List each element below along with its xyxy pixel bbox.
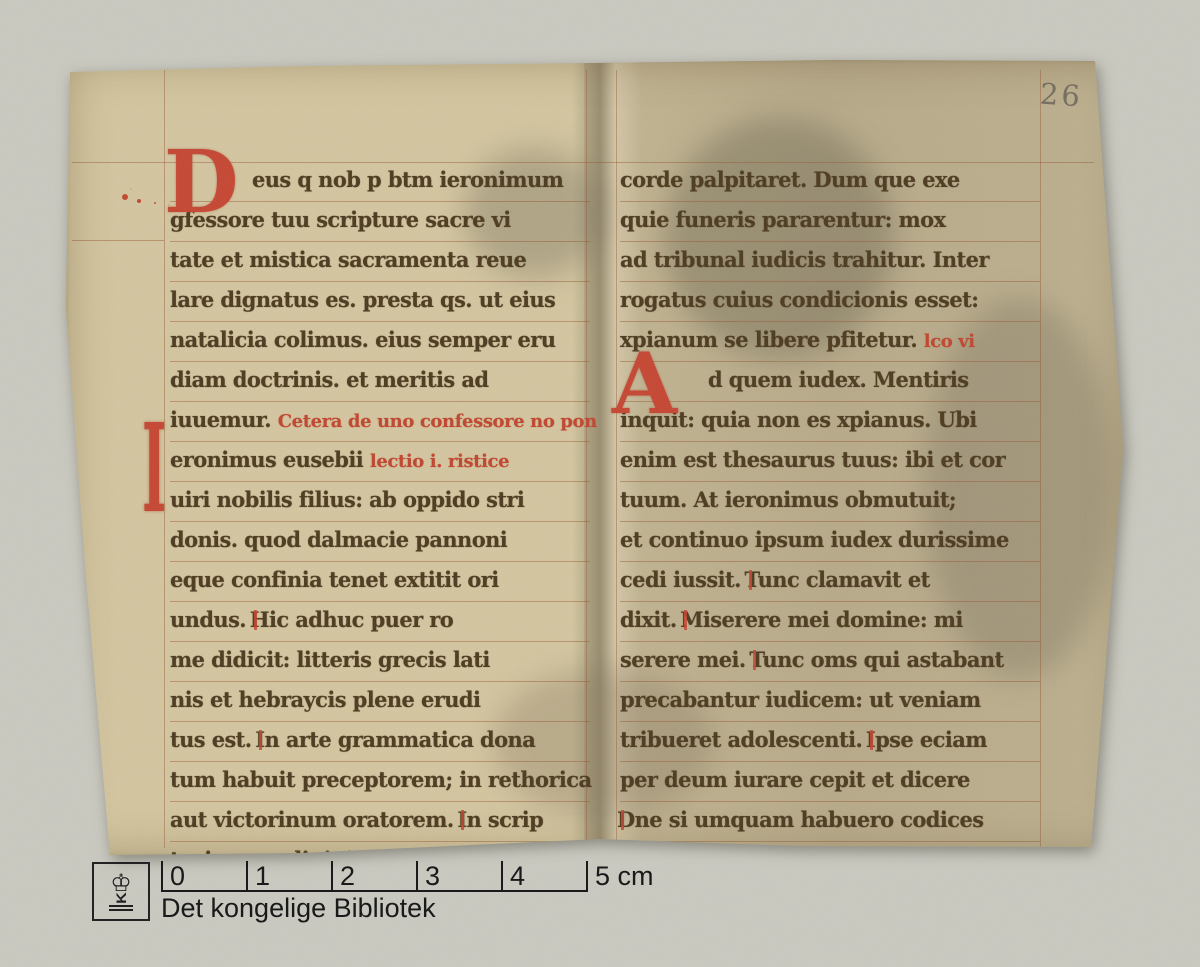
ink-splatter [122, 194, 128, 200]
folio-number: 26 [1039, 77, 1084, 114]
body-text: eronimus eusebii [170, 447, 370, 472]
rubric-initial-d: D [164, 140, 239, 226]
text-line: undus. Hic adhuc puer ro [170, 602, 590, 642]
k-letter: K [116, 892, 126, 904]
text-line: quie funeris pararentur: mox [620, 202, 1040, 242]
text-line: et continuo ipsum iudex durissime [620, 522, 1040, 562]
text-column-right: corde palpitaret. Dum que exequie funeri… [620, 162, 1040, 882]
text-line: dixit. Miserere mei domine: mi [620, 602, 1040, 642]
body-text: In scrip [457, 807, 543, 832]
ruler-tick [416, 861, 418, 892]
text-line: tate et mistica sacramenta reue [170, 242, 590, 282]
text-line: cedi iussit. Tunc clamavit et [620, 562, 1040, 602]
rubric-text: Cetera de uno confessore no pon [278, 411, 597, 432]
body-text: undus. [170, 607, 253, 632]
ruler-label: 0 [170, 861, 185, 892]
body-text: tus est. [170, 727, 258, 752]
body-text: aut victorinum oratorem. [170, 807, 460, 832]
text-line: tribueret adolescenti. Ipse eciam [620, 722, 1040, 762]
body-text: rogatus cuius condicionis esset: [620, 287, 978, 312]
library-logo: ♔ K [92, 862, 150, 921]
rubric-touch [259, 730, 262, 750]
text-line: corde palpitaret. Dum que exe [620, 162, 1040, 202]
text-line: me didicit: litteris grecis lati [170, 642, 590, 682]
text-line: tus est. In arte grammatica dona [170, 722, 590, 762]
rubric-text: lco vi [924, 331, 975, 352]
parchment-surface: eus q nob p btm ieronimumgfessore tuu sc… [64, 58, 1130, 858]
text-line: eque confinia tenet extitit ori [170, 562, 590, 602]
text-line: natalicia colimus. eius semper eru [170, 322, 590, 362]
body-text: enim est thesaurus tuus: ibi et cor [620, 447, 1005, 472]
photograph-background: eus q nob p btm ieronimumgfessore tuu sc… [0, 0, 1200, 967]
rubric-touch [461, 810, 464, 830]
text-line: tuum. At ieronimus obmutuit; [620, 482, 1040, 522]
ruler-tick [501, 861, 503, 892]
body-text: d quem iudex. Mentiris [708, 367, 969, 392]
body-text: tate et mistica sacramenta reue [170, 247, 526, 272]
body-text: tum habuit preceptorem; in rethorica [170, 767, 591, 792]
text-line: iuuemur. Cetera de uno confessore no pon [170, 402, 590, 442]
ruler-label: 1 [255, 861, 270, 892]
text-line: per deum iurare cepit et dicere [620, 762, 1040, 802]
body-text: corde palpitaret. Dum que exe [620, 167, 960, 192]
text-line: uiri nobilis filius: ab oppido stri [170, 482, 590, 522]
body-text: natalicia colimus. eius semper eru [170, 327, 555, 352]
body-text: uiri nobilis filius: ab oppido stri [170, 487, 524, 512]
body-text: ad tribunal iudicis trahitur. Inter [620, 247, 989, 272]
body-text: et continuo ipsum iudex durissime [620, 527, 1009, 552]
body-text: iuuemur. [170, 407, 278, 432]
ruler-tick [246, 861, 248, 892]
manuscript-leaf: eus q nob p btm ieronimumgfessore tuu sc… [64, 58, 1130, 858]
rubric-initial-i: I [142, 410, 166, 532]
ruler-tick [161, 861, 163, 892]
text-line: nis et hebraycis plene erudi [170, 682, 590, 722]
rubric-touch [870, 730, 873, 750]
crown-icon: ♔ [110, 872, 132, 894]
body-text: tribueret adolescenti. [620, 727, 869, 752]
text-line: serere mei. Tunc oms qui astabant [620, 642, 1040, 682]
body-text: per deum iurare cepit et dicere [620, 767, 970, 792]
text-line: d quem iudex. Mentiris [620, 362, 1040, 402]
library-name: Det kongelige Bibliotek [161, 893, 436, 924]
body-text: me didicit: litteris grecis lati [170, 647, 490, 672]
scale-bar: 012345 cm [161, 861, 681, 897]
text-line: eronimus eusebii lectio i. ristice [170, 442, 590, 482]
body-text: cedi iussit. [620, 567, 748, 592]
body-text: Tunc oms qui astabant [749, 647, 1003, 672]
rubric-touch [753, 650, 756, 670]
text-line: inquit: quia non es xpianus. Ubi [620, 402, 1040, 442]
ruler-label: 2 [340, 861, 355, 892]
text-line: ad tribunal iudicis trahitur. Inter [620, 242, 1040, 282]
body-text: dixit. [620, 607, 683, 632]
logo-underline [109, 909, 133, 911]
k-monogram-icon: K [109, 893, 133, 911]
text-line: lare dignatus es. presta qs. ut eius [170, 282, 590, 322]
body-text: serere mei. [620, 647, 752, 672]
logo-underline [109, 905, 133, 907]
ruler-label: 5 cm [595, 861, 654, 892]
body-text: eus q nob p btm ieronimum [252, 167, 563, 192]
body-text: Hic adhuc puer ro [250, 607, 453, 632]
body-text: tuum. At ieronimus obmutuit; [620, 487, 956, 512]
body-text: donis. quod dalmacie pannoni [170, 527, 507, 552]
ruling-line [616, 70, 617, 848]
ruling-line [72, 240, 164, 241]
body-text: Dne si umquam habuero codices [617, 807, 983, 832]
body-text: quie funeris pararentur: mox [620, 207, 945, 232]
rubric-text: lectio i. ristice [370, 451, 509, 472]
text-line: tum habuit preceptorem; in rethorica [170, 762, 590, 802]
body-text: lare dignatus es. presta qs. ut eius [170, 287, 555, 312]
body-text: In arte grammatica dona [255, 727, 535, 752]
text-line: precabantur iudicem: ut veniam [620, 682, 1040, 722]
body-text: diam doctrinis. et meritis ad [170, 367, 488, 392]
body-text: precabantur iudicem: ut veniam [620, 687, 981, 712]
text-line: xpianum se libere pfitetur. lco vi [620, 322, 1040, 362]
rubric-touch [684, 610, 687, 630]
ruler-label: 4 [510, 861, 525, 892]
rubric-initial-a: A [612, 342, 677, 426]
rubric-touch [621, 810, 624, 830]
text-line: diam doctrinis. et meritis ad [170, 362, 590, 402]
ruler-label: 3 [425, 861, 440, 892]
ruler-tick [586, 861, 588, 892]
text-column-left: eus q nob p btm ieronimumgfessore tuu sc… [170, 162, 590, 882]
rubric-touch [749, 570, 752, 590]
body-text: eque confinia tenet extitit ori [170, 567, 499, 592]
text-line: Dne si umquam habuero codices [620, 802, 1040, 842]
text-line: rogatus cuius condicionis esset: [620, 282, 1040, 322]
body-text: Ipse eciam [866, 727, 987, 752]
rubric-touch [254, 610, 257, 630]
text-line: aut victorinum oratorem. In scrip [170, 802, 590, 842]
body-text: nis et hebraycis plene erudi [170, 687, 480, 712]
text-line: enim est thesaurus tuus: ibi et cor [620, 442, 1040, 482]
ruler-tick [331, 861, 333, 892]
text-line: seculares uel si legero: te negaui [620, 842, 1040, 882]
text-line: donis. quod dalmacie pannoni [170, 522, 590, 562]
body-text: Tunc clamavit et [745, 567, 930, 592]
body-text: Miserere mei domine: mi [680, 607, 962, 632]
ruling-line [1040, 70, 1041, 848]
